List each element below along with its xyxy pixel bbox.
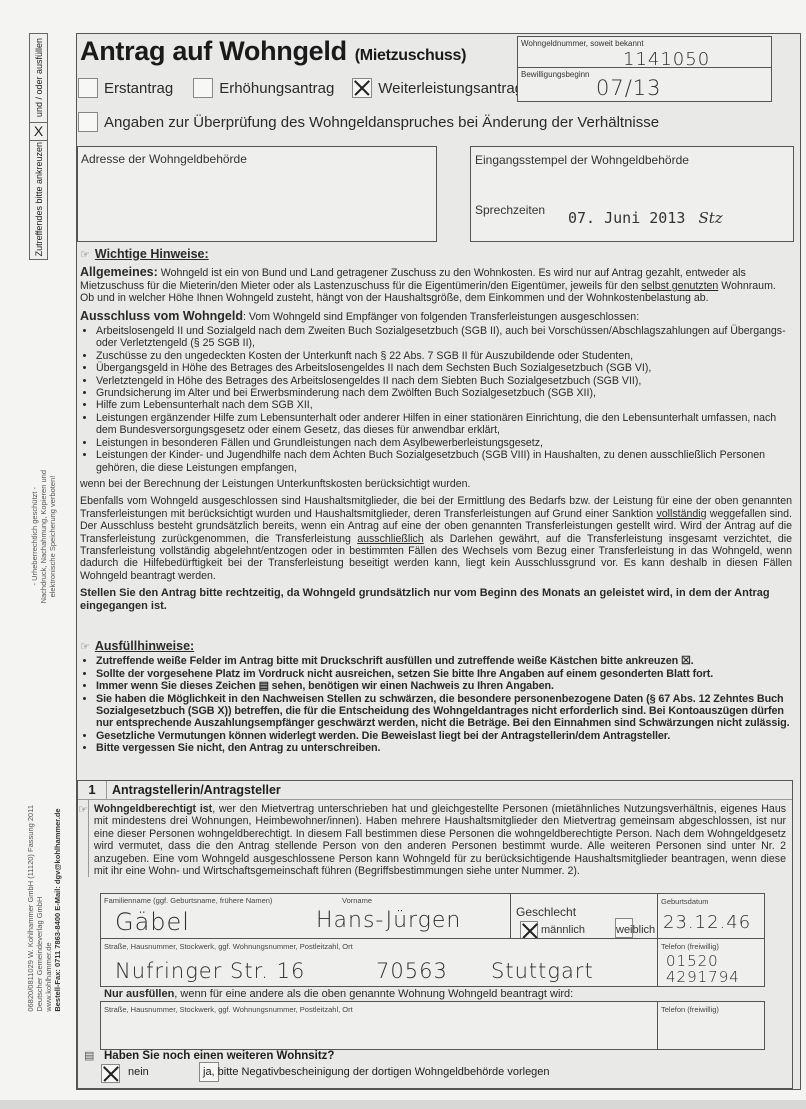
list-item: Bitte vergessen Sie nicht, den Antrag zu… <box>96 742 792 754</box>
birthdate-field[interactable]: Geburtsdatum 23.12.46 <box>657 893 765 940</box>
page-edge <box>0 1100 806 1109</box>
street-value: Nufringer Str. 16 <box>115 959 305 983</box>
section-number: 1 <box>78 781 107 799</box>
list-item: Leistungen ergänzender Hilfe zum Lebensu… <box>96 412 792 437</box>
phone-value: 01520 4291794 <box>666 953 740 985</box>
pointing-hand-icon: ☞ <box>78 800 89 877</box>
phone-field[interactable]: Telefon (freiwillig) 01520 4291794 <box>657 938 765 987</box>
office-hours-label: Sprechzeiten <box>475 203 545 217</box>
document-proof-icon: ▤ <box>84 1049 94 1062</box>
publisher-notice: 06820/0811029 W. Kohlhammer GmbH (11120)… <box>26 805 62 1012</box>
side-legend-fill-label: und / oder ausfüllen <box>34 38 44 117</box>
eligibility-info: Wohngeldberechtigt ist, wer den Mietvert… <box>89 800 792 877</box>
other-phone-field[interactable]: Telefon (freiwillig) <box>657 1001 765 1050</box>
city-value: Stuttgart <box>491 959 594 983</box>
checkbox-gender-male[interactable] <box>520 921 538 939</box>
form-title: Antrag auf Wohngeld(Mietzuschuss) <box>80 36 466 67</box>
form-subtitle: (Mietzuschuss) <box>355 47 466 64</box>
exclusion-list: Arbeitslosengeld II und Sozialgeld nach … <box>80 325 792 474</box>
list-item: Leistungen in besonderen Fällen und Grun… <box>96 437 792 449</box>
receipt-stamp-box: Eingangsstempel der Wohngeldbehörde Spre… <box>470 146 794 242</box>
list-item: Arbeitslosengeld II und Sozialgeld nach … <box>96 325 792 350</box>
side-legend-check-label: Zutreffendes bitte ankreuzen <box>34 142 44 256</box>
pointing-hand-icon: ☞ <box>80 641 90 653</box>
address-field[interactable]: Straße, Hausnummer, Stockwerk, ggf. Wohn… <box>100 938 659 987</box>
firstname-value: Hans-Jürgen <box>316 908 461 933</box>
list-item: Zutreffende weiße Felder im Antrag bitte… <box>96 655 792 667</box>
checkbox-second-residence-no[interactable] <box>101 1064 120 1083</box>
checkbox-erhoehungsantrag[interactable] <box>193 78 213 98</box>
checkbox-review[interactable] <box>78 112 98 132</box>
surname-value: Gäbel <box>115 908 190 936</box>
list-item: Gesetzliche Vermutungen können widerlegt… <box>96 730 792 742</box>
name-field[interactable]: Familienname (ggf. Geburtsname, frühere … <box>100 893 512 940</box>
important-notes: ☞Wichtige Hinweise: Allgemeines: Wohngel… <box>80 248 792 617</box>
fill-notes-heading: Ausfüllhinweise: <box>95 639 194 653</box>
list-item: Sie haben die Möglichkeit in den Nachwei… <box>96 693 792 730</box>
birthdate-value: 23.12.46 <box>663 912 751 933</box>
authority-address-field[interactable]: Adresse der Wohngeldbehörde <box>77 146 437 242</box>
bewilligungsbeginn-field[interactable]: Bewilligungsbeginn 07/13 <box>517 67 772 102</box>
checkbox-weiterleistungsantrag[interactable] <box>352 78 372 98</box>
section-title: Antragstellerin/Antragsteller <box>107 783 281 797</box>
list-item: Verletztengeld in Höhe des Betrages des … <box>96 375 792 387</box>
exclusion-condition: wenn bei der Berechnung der Leistungen U… <box>80 478 792 490</box>
timing-notice: Stellen Sie den Antrag bitte rechtzeitig… <box>80 587 792 612</box>
side-legend-box: und / oder ausfüllen X Zutreffendes bitt… <box>29 33 48 260</box>
side-legend-mark: X <box>30 122 47 141</box>
list-item: Zuschüsse zu den ungedeckten Kosten der … <box>96 350 792 362</box>
list-item: Grundsicherung im Alter und bei Erwerbsm… <box>96 387 792 399</box>
copyright-notice: - Urheberrechtlich geschützt - Nachdruck… <box>30 470 57 603</box>
list-item: Immer wenn Sie dieses Zeichen ▤ sehen, b… <box>96 680 792 692</box>
review-option: Angaben zur Überprüfung des Wohngeldansp… <box>78 112 659 132</box>
exclusion-intro: Ausschluss vom Wohngeld: Vom Wohngeld si… <box>80 310 792 323</box>
wohngeldnummer-field[interactable]: Wohngeldnummer, soweit bekannt 1141050 <box>517 36 772 70</box>
bewilligungsbeginn-value: 07/13 <box>596 76 662 100</box>
list-item: Sollte der vorgesehene Platz im Vordruck… <box>96 668 792 680</box>
list-item: Übergangsgeld in Höhe des Betrages des A… <box>96 362 792 374</box>
postcode-value: 70563 <box>376 959 448 983</box>
list-item: Hilfe zum Lebensunterhalt nach dem SGB X… <box>96 399 792 411</box>
application-type-options: Erstantrag Erhöhungsantrag Weiterleistun… <box>78 78 523 98</box>
important-notes-heading: Wichtige Hinweise: <box>95 247 209 261</box>
pointing-hand-icon: ☞ <box>80 249 90 261</box>
second-residence-question: Haben Sie noch einen weiteren Wohnsitz? <box>104 1050 334 1062</box>
stamp-initials: Stz <box>698 209 722 227</box>
household-exclusion: Ebenfalls vom Wohngeld ausgeschlossen si… <box>80 495 792 582</box>
other-flat-instruction: Nur ausfüllen, wenn für eine andere als … <box>104 988 573 1000</box>
checkbox-erstantrag[interactable] <box>78 78 98 98</box>
gender-field: Geschlecht männlich weiblich <box>510 893 659 940</box>
fill-notes: ☞Ausfüllhinweise: Zutreffende weiße Feld… <box>80 640 792 759</box>
general-info: Allgemeines: Wohngeld ist ein von Bund u… <box>80 266 792 304</box>
fill-notes-list: Zutreffende weiße Felder im Antrag bitte… <box>80 655 792 754</box>
list-item: Leistungen der Kinder- und Jugendhilfe n… <box>96 449 792 474</box>
receipt-stamp-date: 07. Juni 2013 Stz <box>568 209 723 227</box>
other-address-field[interactable]: Straße, Hausnummer, Stockwerk, ggf. Wohn… <box>100 1001 659 1050</box>
